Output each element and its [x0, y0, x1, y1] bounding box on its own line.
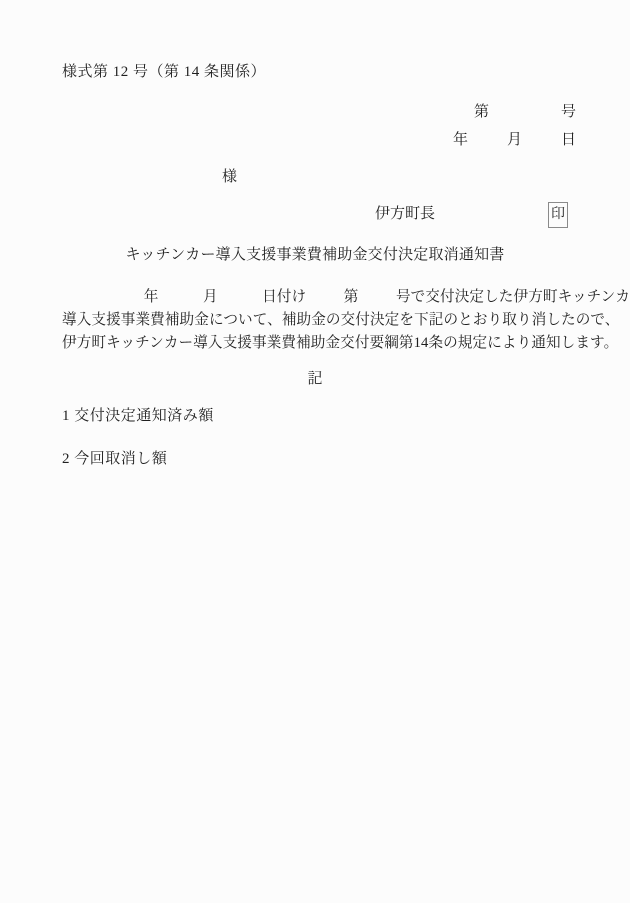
body-year-label: 年 — [144, 289, 159, 305]
document-page: 様式第 12 号（第 14 条関係） 第 号 年 月 日 様 伊方町長 印 キッ… — [0, 0, 630, 903]
date-year-label: 年 — [453, 133, 468, 148]
body-month-label: 月 — [203, 289, 218, 305]
date-month-label: 月 — [507, 133, 522, 148]
list-item-decided-amount: 1 交付決定通知済み額 — [62, 409, 214, 424]
form-number: 様式第 12 号（第 14 条関係） — [62, 65, 266, 80]
body-line-2: 導入支援事業費補助金について、補助金の交付決定を下記のとおり取り消したので、 — [62, 309, 582, 332]
list-item-cancelled-amount: 2 今回取消し額 — [62, 452, 167, 467]
document-number-suffix: 号 — [561, 105, 576, 120]
record-marker: 記 — [0, 372, 630, 387]
document-title: キッチンカー導入支援事業費補助金交付決定取消通知書 — [0, 248, 630, 263]
sender-title: 伊方町長 — [375, 207, 435, 222]
body-line-1-text: 号で交付決定した伊方町キッチンカー — [396, 289, 630, 305]
document-number-prefix: 第 — [474, 105, 489, 120]
body-paragraph: 年 月 日付け 第 号で交付決定した伊方町キッチンカー 導入支援事業費補助金につ… — [62, 286, 582, 355]
seal-icon: 印 — [551, 208, 565, 222]
body-day-label: 日付け — [262, 289, 306, 305]
document-number-line: 第 号 — [474, 105, 576, 120]
body-line-1: 年 月 日付け 第 号で交付決定した伊方町キッチンカー — [62, 286, 582, 309]
body-number-prefix: 第 — [344, 289, 359, 305]
body-line-3: 伊方町キッチンカー導入支援事業費補助金交付要綱第14条の規定により通知します。 — [62, 332, 582, 355]
date-day-label: 日 — [561, 133, 576, 148]
seal-box: 印 — [548, 202, 568, 228]
addressee-honorific: 様 — [222, 170, 237, 185]
date-line: 年 月 日 — [453, 133, 576, 148]
